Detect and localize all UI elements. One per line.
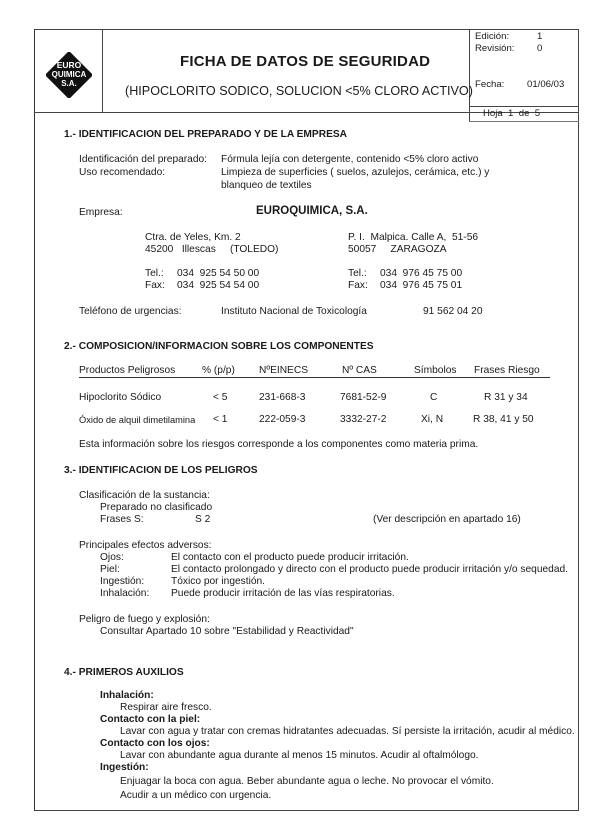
frases-s-value: S 2 — [195, 514, 210, 525]
section-2-heading: 2.- COMPOSICION/INFORMACION SOBRE LOS CO… — [64, 341, 374, 352]
header-hoja-underline — [469, 121, 579, 122]
composition-header-rule — [79, 377, 550, 378]
address-left-tel: 034 925 54 50 00 — [177, 268, 259, 279]
address-right-tel: 034 976 45 75 00 — [380, 268, 462, 279]
urgencias-label: Teléfono de urgencias: — [79, 306, 182, 317]
col-simbolos: Símbolos — [414, 365, 456, 376]
empresa-name: EUROQUIMICA, S.A. — [256, 205, 368, 217]
cell-frases-riesgo: R 31 y 34 — [484, 392, 528, 403]
urgencias-phone: 91 562 04 20 — [423, 306, 482, 317]
revision-value: 0 — [537, 43, 542, 54]
auxilio-ingestion-text-2: Acudir a un médico con urgencia. — [120, 790, 271, 801]
cell-producto: Óxido de alquil dimetilamina — [79, 415, 195, 425]
address-right-line1: P. I. Malpica. Calle A, 51-56 — [348, 232, 478, 243]
document-title: FICHA DE DATOS DE SEGURIDAD — [180, 53, 430, 70]
logo-text-quimica: QUIMICA — [52, 70, 87, 79]
composition-note: Esta información sobre los riesgos corre… — [79, 439, 478, 450]
identificacion-label: Identificación del preparado: — [79, 154, 207, 165]
col-cas: Nº CAS — [342, 365, 377, 376]
cell-einecs: 231-668-3 — [259, 392, 305, 403]
efecto-inhalacion-label: Inhalación: — [100, 588, 149, 599]
clasificacion-label: Clasificación de la sustancia: — [79, 490, 210, 501]
address-right-fax: 034 976 45 75 01 — [380, 280, 462, 291]
section-3-heading: 3.- IDENTIFICACION DE LOS PELIGROS — [64, 465, 258, 476]
efecto-ojos-text: El contacto con el producto puede produc… — [171, 552, 409, 563]
cell-simbolos: C — [430, 392, 437, 403]
address-left-line2: 45200 Illescas (TOLEDO) — [145, 244, 278, 255]
address-right-tel-label: Tel.: — [348, 268, 367, 279]
efecto-piel-label: Piel: — [100, 564, 120, 575]
cell-einecs: 222-059-3 — [259, 414, 305, 425]
address-left-line1: Ctra. de Yeles, Km. 2 — [145, 232, 241, 243]
address-right-line2: 50057 ZARAGOZA — [348, 244, 447, 255]
address-left-fax: 034 925 54 54 00 — [177, 280, 259, 291]
auxilio-ojos-text: Lavar con abundante agua durante al meno… — [120, 750, 479, 761]
col-porcentaje: % (p/p) — [202, 365, 235, 376]
auxilio-inhalacion-label: Inhalación: — [100, 690, 154, 701]
logo-text-sa: S.A. — [61, 79, 77, 88]
frases-s-note: (Ver descripción en apartado 16) — [373, 514, 521, 525]
document-subtitle: (HIPOCLORITO SODICO, SOLUCION <5% CLORO … — [125, 84, 473, 98]
fecha-value: 01/06/03 — [527, 79, 564, 90]
auxilio-piel-text: Lavar con agua y tratar con cremas hidra… — [120, 726, 575, 737]
edicion-label: Edición: — [475, 31, 509, 42]
clasificacion-value: Preparado no clasificado — [100, 502, 212, 513]
auxilio-ojos-label: Contacto con los ojos: — [100, 738, 210, 749]
fuego-value: Consultar Apartado 10 sobre "Estabilidad… — [100, 626, 354, 637]
header-logo-divider — [102, 29, 103, 112]
auxilio-ingestion-label: Ingestión: — [100, 762, 149, 773]
uso-value-line1: Limpieza de superficies ( suelos, azulej… — [221, 167, 489, 178]
address-left-fax-label: Fax: — [145, 280, 165, 291]
auxilio-piel-label: Contacto con la piel: — [100, 714, 200, 725]
address-right-fax-label: Fax: — [348, 280, 368, 291]
section-4-heading: 4.- PRIMEROS AUXILIOS — [64, 667, 184, 678]
identificacion-value: Fórmula lejía con detergente, contenido … — [221, 154, 478, 165]
uso-value-line2: blanqueo de textiles — [221, 180, 312, 191]
cell-porcentaje: < 1 — [213, 414, 227, 425]
col-frases-riesgo: Frases Riesgo — [474, 365, 540, 376]
frases-s-label: Frases S: — [100, 514, 144, 525]
cell-simbolos: Xi, N — [421, 414, 443, 425]
fuego-label: Peligro de fuego y explosión: — [79, 614, 210, 625]
efectos-label: Principales efectos adversos: — [79, 540, 212, 551]
fecha-label: Fecha: — [475, 79, 504, 90]
cell-producto: Hipoclorito Sódico — [79, 392, 161, 403]
cell-frases-riesgo: R 38, 41 y 50 — [473, 414, 534, 425]
header-hoja-rule — [469, 106, 579, 107]
auxilio-inhalacion-text: Respirar aire fresco. — [120, 702, 212, 713]
efecto-ojos-label: Ojos: — [100, 552, 124, 563]
auxilio-ingestion-text-1: Enjuagar la boca con agua. Beber abundan… — [120, 776, 494, 787]
header-meta-divider — [469, 29, 470, 121]
cell-cas: 3332-27-2 — [340, 414, 386, 425]
cell-cas: 7681-52-9 — [340, 392, 386, 403]
uso-label: Uso recomendado: — [79, 167, 165, 178]
cell-porcentaje: < 5 — [213, 392, 227, 403]
efecto-ingestion-text: Tóxico por ingestión. — [171, 576, 265, 587]
efecto-ingestion-label: Ingestión: — [100, 576, 144, 587]
efecto-piel-text: El contacto prolongado y directo con el … — [171, 564, 568, 575]
edicion-value: 1 — [537, 31, 542, 42]
col-einecs: NºEINECS — [259, 365, 308, 376]
section-1-heading: 1.- IDENTIFICACION DEL PREPARADO Y DE LA… — [64, 129, 347, 140]
col-productos: Productos Peligrosos — [79, 365, 175, 376]
urgencias-org: Instituto Nacional de Toxicología — [221, 306, 367, 317]
revision-label: Revisión: — [475, 43, 514, 54]
empresa-label: Empresa: — [79, 207, 123, 218]
address-left-tel-label: Tel.: — [145, 268, 164, 279]
euroquimica-logo-icon: EURO QUIMICA S.A. — [46, 52, 92, 98]
efecto-inhalacion-text: Puede producir irritación de las vías re… — [171, 588, 395, 599]
page-counter: Hoja 1 de 5 — [483, 108, 540, 119]
logo-text-euro: EURO — [57, 60, 82, 70]
